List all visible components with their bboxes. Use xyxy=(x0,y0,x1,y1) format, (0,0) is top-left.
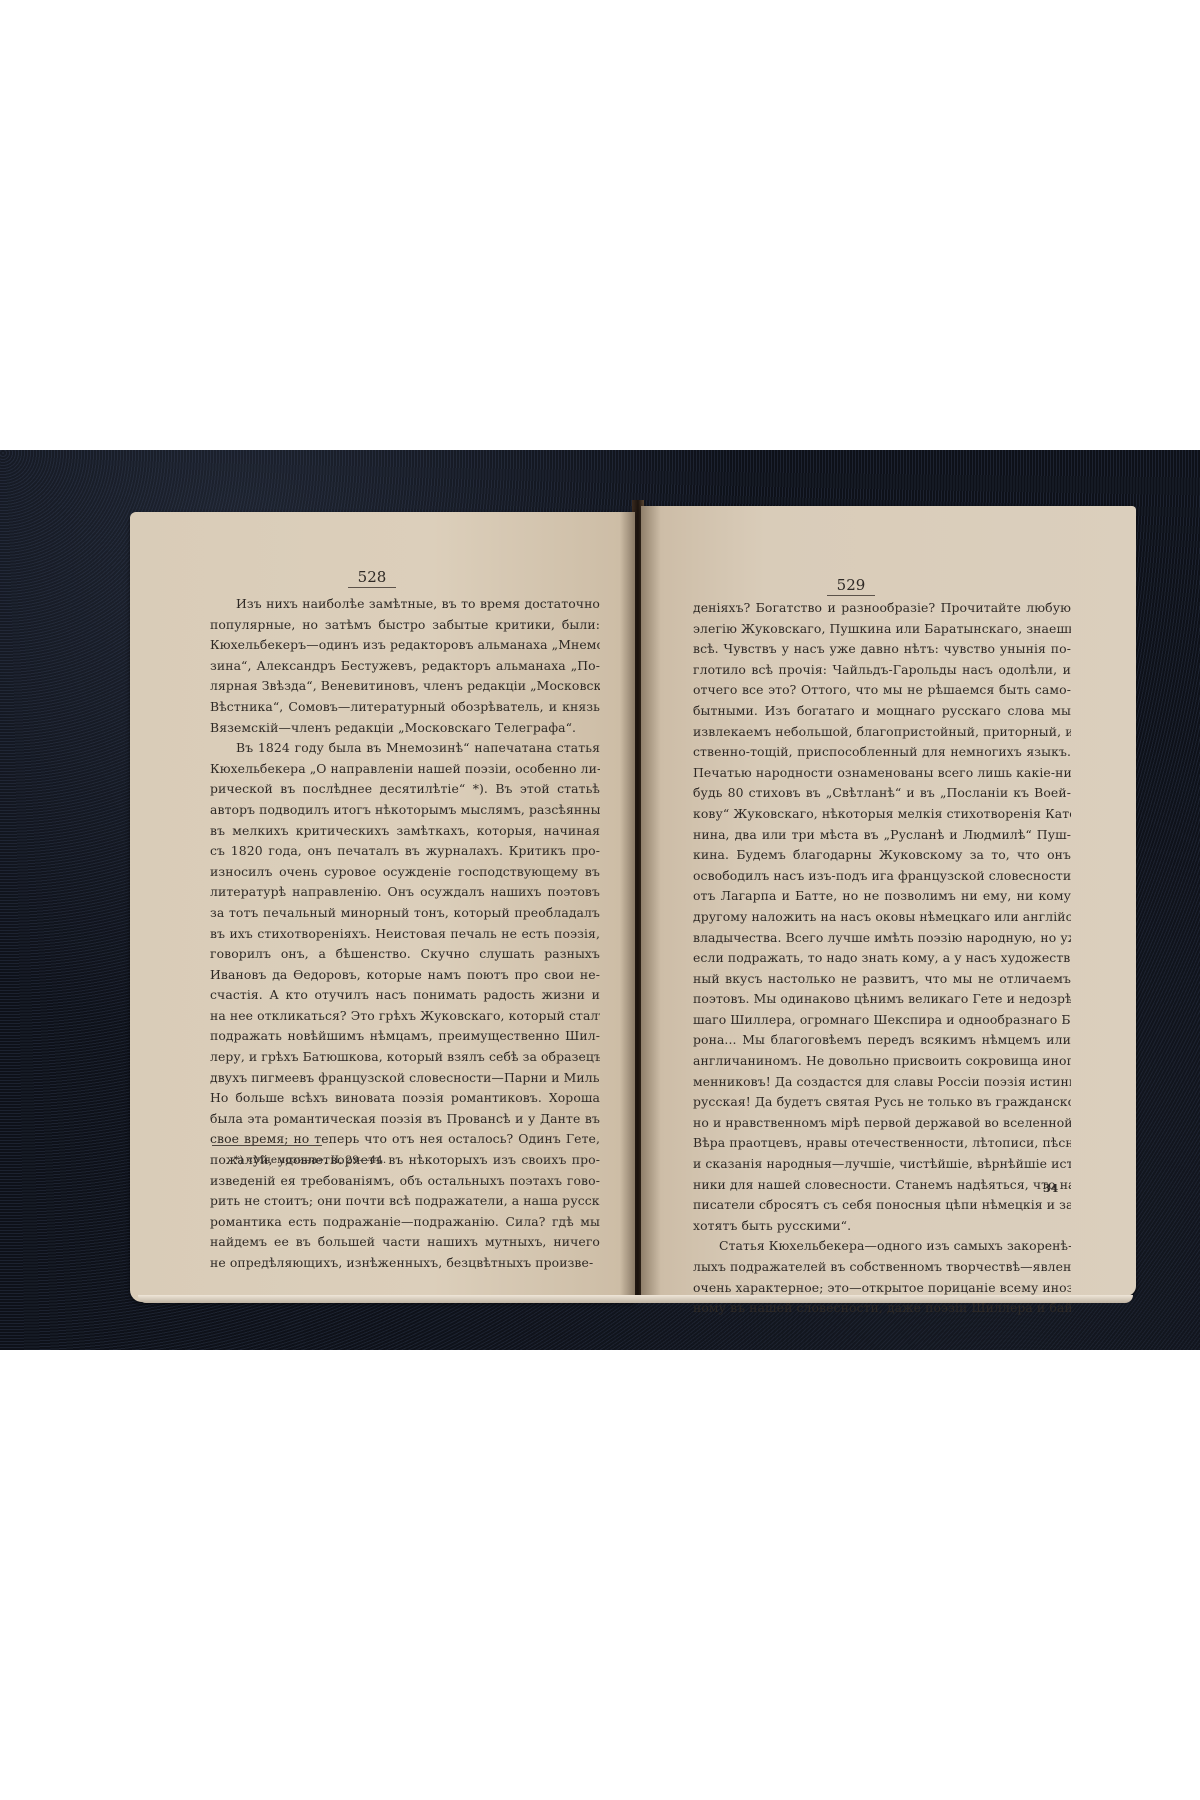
text-line: русская! Да будетъ святая Русь не только… xyxy=(693,1092,1071,1113)
text-line: Статья Кюхельбекера—одного изъ самыхъ за… xyxy=(693,1236,1071,1257)
text-line: авторъ подводилъ итогъ нѣкоторымъ мыслям… xyxy=(210,800,600,821)
text-line: двухъ пигмеевъ французской словесности—П… xyxy=(210,1068,600,1089)
text-line: свое время; но теперь что отъ нея остало… xyxy=(210,1129,600,1150)
text-line: была эта романтическая поэзія въ Прованс… xyxy=(210,1109,600,1130)
text-line: популярные, но затѣмъ быстро забытые кри… xyxy=(210,615,600,636)
text-line: найдемъ ее въ большей части нашихъ мутны… xyxy=(210,1232,600,1253)
text-line: изведеній ея требованіямъ, объ остальных… xyxy=(210,1171,600,1192)
text-line: Кюхельбекеръ—одинъ изъ редакторовъ альма… xyxy=(210,635,600,656)
text-line: Кюхельбекера „О направленіи нашей поэзіи… xyxy=(210,759,600,780)
text-line: говорилъ онъ, а бѣшенство. Скучно слушат… xyxy=(210,944,600,965)
page-stack-edge xyxy=(138,1295,1133,1303)
text-line: на нее откликаться? Это грѣхъ Жуковскаго… xyxy=(210,1006,600,1027)
paragraph: Въ 1824 году была въ Мнемозинѣ“ напечата… xyxy=(210,738,600,1273)
text-line: хотятъ быть русскими“. xyxy=(693,1216,1071,1237)
text-line: другому наложить на насъ оковы нѣмецкаго… xyxy=(693,907,1071,928)
text-line: Печатью народности ознаменованы всего ли… xyxy=(693,763,1071,784)
right-page-body-text: деніяхъ? Богатство и разнообразіе? Прочи… xyxy=(693,598,1071,1319)
text-line: будь 80 стиховъ въ „Свѣтланѣ“ и въ „Посл… xyxy=(693,783,1071,804)
text-line: рической въ послѣднее десятилѣтіе“ *). В… xyxy=(210,779,600,800)
text-line: всѣ. Чувствъ у насъ уже давно нѣтъ: чувс… xyxy=(693,639,1071,660)
text-line: износилъ очень суровое осужденіе господс… xyxy=(210,862,600,883)
text-line: лыхъ подражателей въ собственномъ творче… xyxy=(693,1257,1071,1278)
text-line: и сказанія народныя—лучшіе, чистѣйшіе, в… xyxy=(693,1154,1071,1175)
text-line: глотило всѣ прочія: Чайльдъ-Гарольды нас… xyxy=(693,660,1071,681)
text-line: Въ 1824 году была въ Мнемозинѣ“ напечата… xyxy=(210,738,600,759)
text-line: ный вкусъ настолько не развитъ, что мы н… xyxy=(693,969,1071,990)
text-line: романтика есть подражаніе—подражанію. Си… xyxy=(210,1212,600,1233)
footnote: *) «Мнемозина», II, 29—44. xyxy=(234,1154,386,1166)
footnote-rule xyxy=(212,1145,322,1146)
text-line: Изъ нихъ наиболѣе замѣтные, въ то время … xyxy=(210,594,600,615)
text-line: освободилъ насъ изъ-подъ ига французской… xyxy=(693,866,1071,887)
text-line: счастія. А кто отучилъ насъ понимать рад… xyxy=(210,985,600,1006)
text-line: за тотъ печальный минорный тонъ, который… xyxy=(210,903,600,924)
text-line: подражать новѣйшимъ нѣмцамъ, преимуществ… xyxy=(210,1026,600,1047)
text-line: деніяхъ? Богатство и разнообразіе? Прочи… xyxy=(693,598,1071,619)
text-line: элегію Жуковскаго, Пушкина или Баратынск… xyxy=(693,619,1071,640)
text-line: въ ихъ стихотвореніяхъ. Неистовая печаль… xyxy=(210,924,600,945)
text-line: отъ Лагарпа и Батте, но не позволимъ ни … xyxy=(693,886,1071,907)
paragraph: Изъ нихъ наиболѣе замѣтные, въ то время … xyxy=(210,594,600,738)
text-line: кина. Будемъ благодарны Жуковскому за то… xyxy=(693,845,1071,866)
text-line: литературѣ направленію. Онъ осуждалъ наш… xyxy=(210,882,600,903)
text-line: Но больше всѣхъ виновата поэзія романтик… xyxy=(210,1088,600,1109)
text-line: Вѣра праотцевъ, нравы отечественности, л… xyxy=(693,1133,1071,1154)
page-number-right: 529 xyxy=(811,576,891,596)
text-line: рона... Мы благоговѣемъ передъ всякимъ н… xyxy=(693,1030,1071,1051)
text-line: кову“ Жуковскаго, нѣкоторыя мелкія стихо… xyxy=(693,804,1071,825)
text-line: поэтовъ. Мы одинаково цѣнимъ великаго Ге… xyxy=(693,989,1071,1010)
left-page: 528 Изъ нихъ наиболѣе замѣтные, въ то вр… xyxy=(130,512,635,1302)
text-line: не опредѣляющихъ, изнѣженныхъ, безцвѣтны… xyxy=(210,1253,600,1274)
paragraph: Статья Кюхельбекера—одного изъ самыхъ за… xyxy=(693,1236,1071,1318)
text-line: Вяземскій—членъ редакціи „Московскаго Те… xyxy=(210,718,600,739)
text-line: лярная Звѣзда“, Веневитиновъ, членъ реда… xyxy=(210,676,600,697)
text-line: извлекаемъ небольшой, благопристойный, п… xyxy=(693,722,1071,743)
page-number-left: 528 xyxy=(332,568,412,588)
text-line: леру, и грѣхъ Батюшкова, который взялъ с… xyxy=(210,1047,600,1068)
text-line: зина“, Александръ Бестужевъ, редакторъ а… xyxy=(210,656,600,677)
text-line: рить не стоитъ; они почти всѣ подражател… xyxy=(210,1191,600,1212)
left-page-body-text: Изъ нихъ наиболѣе замѣтные, въ то время … xyxy=(210,594,600,1274)
text-line: шаго Шиллера, огромнаго Шекспира и одноо… xyxy=(693,1010,1071,1031)
text-line: ники для нашей словесности. Станемъ надѣ… xyxy=(693,1175,1071,1196)
text-line: Вѣстника“, Сомовъ—литературный обозрѣват… xyxy=(210,697,600,718)
text-line: если подражать, то надо знать кому, а у … xyxy=(693,948,1071,969)
text-line: нина, два или три мѣста въ „Русланѣ и Лю… xyxy=(693,825,1071,846)
text-line: отчего все это? Оттого, что мы не рѣшаем… xyxy=(693,680,1071,701)
text-line: писатели сбросятъ съ себя поносныя цѣпи … xyxy=(693,1195,1071,1216)
text-line: менниковъ! Да создастся для славы Россіи… xyxy=(693,1072,1071,1093)
paragraph: деніяхъ? Богатство и разнообразіе? Прочи… xyxy=(693,598,1071,1236)
text-line: владычества. Всего лучше имѣть поэзію на… xyxy=(693,928,1071,949)
text-line: съ 1820 года, онъ печаталъ въ журналахъ.… xyxy=(210,841,600,862)
text-line: но и нравственномъ мірѣ первой державой … xyxy=(693,1113,1071,1134)
text-line: Ивановъ да Ѳедоровъ, которые намъ поютъ … xyxy=(210,965,600,986)
text-line: ственно-тощій, приспособленный для немно… xyxy=(693,742,1071,763)
text-line: въ мелкихъ критическихъ замѣткахъ, котор… xyxy=(210,821,600,842)
text-line: англичаниномъ. Не довольно присвоить сок… xyxy=(693,1051,1071,1072)
printer-signature-mark: 34 xyxy=(1043,1182,1058,1195)
text-line: бытными. Изъ богатаго и мощнаго русскаго… xyxy=(693,701,1071,722)
right-page: 529 деніяхъ? Богатство и разнообразіе? П… xyxy=(641,506,1136,1296)
